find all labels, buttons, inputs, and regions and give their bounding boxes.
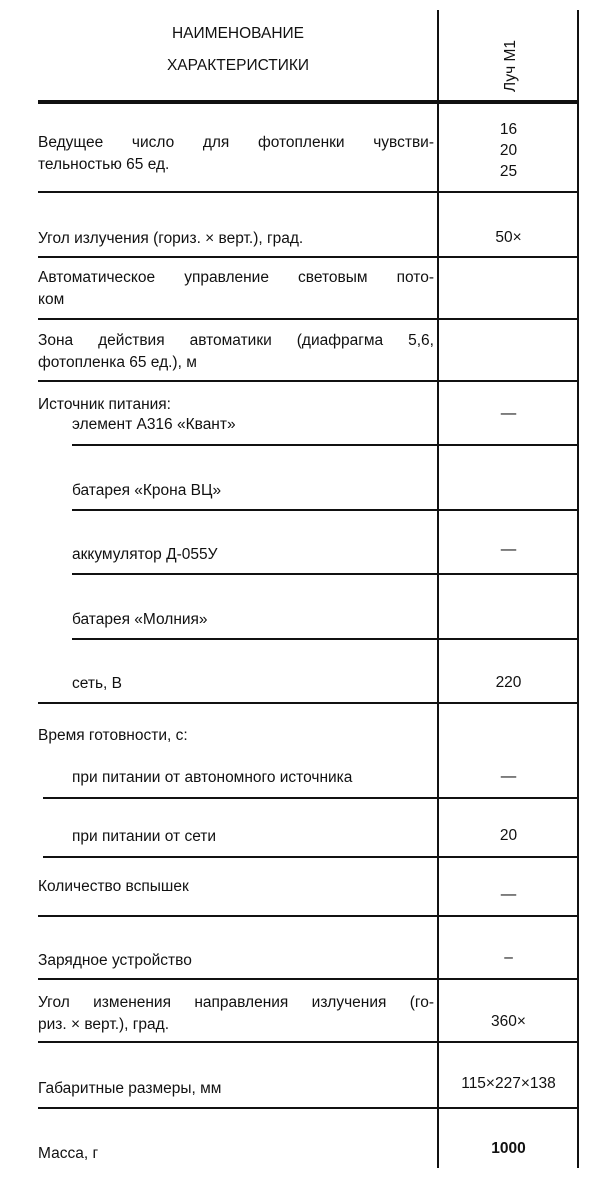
power-source-kvant-value: — [439, 404, 578, 424]
power-source-kvant-label: элемент А316 «Квант» [72, 414, 236, 435]
power-source-krona-label: батарея «Крона ВЦ» [72, 480, 221, 501]
ready-time-mains-label: при питании от сети [72, 826, 216, 847]
row-flash-count-label: Количество вспышек [38, 876, 189, 897]
row-separator [43, 856, 579, 858]
row-auto-control-label-2: ком [38, 289, 64, 310]
row-guide-number-value-2: 20 [439, 141, 578, 161]
column-divider [437, 10, 439, 1168]
table-right-border [577, 10, 579, 1168]
header-rule [38, 100, 579, 104]
row-mass-label: Масса, г [38, 1143, 98, 1164]
ready-time-battery-label: при питании от автономного источника [72, 767, 352, 788]
sub-row-separator [72, 573, 579, 575]
row-separator [38, 1107, 579, 1109]
header-title-line2: ХАРАКТЕРИСТИКИ [53, 50, 423, 82]
ready-time-battery-value: — [439, 767, 578, 787]
row-separator [38, 318, 579, 320]
row-separator [38, 1041, 579, 1043]
row-separator [38, 702, 579, 704]
power-source-molniya-label: батарея «Молния» [72, 609, 208, 630]
row-separator [38, 380, 579, 382]
row-beam-angle-value: 50× [439, 228, 578, 248]
row-mass-value: 1000 [439, 1139, 578, 1159]
power-source-mains-label: сеть, В [72, 673, 122, 694]
row-guide-number-label-2: тельностью 65 ед. [38, 154, 169, 175]
row-dimensions-label: Габаритные размеры, мм [38, 1078, 221, 1099]
row-charger-value: – [439, 948, 578, 968]
sub-row-separator [72, 509, 579, 511]
sub-row-separator [43, 797, 579, 799]
header-model-name: Луч М1 [502, 40, 520, 92]
row-auto-zone-label-1: Зона действия автоматики (диафрагма 5,6, [38, 330, 434, 351]
row-ready-time-label: Время готовности, с: [38, 725, 188, 746]
row-direction-angle-value: 360× [439, 1012, 578, 1032]
row-separator [38, 915, 579, 917]
spec-table-page: НАИМЕНОВАНИЕ ХАРАКТЕРИСТИКИ Луч М1 Ведущ… [0, 0, 614, 1200]
sub-row-separator [72, 444, 579, 446]
row-guide-number-value-3: 25 [439, 162, 578, 182]
row-separator [38, 191, 579, 193]
row-direction-angle-label-2: риз. × верт.), град. [38, 1014, 169, 1035]
row-direction-angle-label-1: Угол изменения направления излучения (го… [38, 992, 434, 1013]
row-power-source-label: Источник питания: [38, 394, 171, 415]
row-flash-count-value: — [439, 885, 578, 905]
row-guide-number-label-1: Ведущее число для фотопленки чувстви- [38, 132, 434, 153]
header-title-line1: НАИМЕНОВАНИЕ [53, 18, 423, 50]
row-beam-angle-label: Угол излучения (гориз. × верт.), град. [38, 228, 303, 249]
ready-time-mains-value: 20 [439, 826, 578, 846]
row-auto-zone-label-2: фотопленка 65 ед.), м [38, 352, 197, 373]
row-dimensions-value: 115×227×138 [439, 1074, 578, 1094]
row-separator [38, 978, 579, 980]
power-source-mains-value: 220 [439, 673, 578, 693]
power-source-accumulator-label: аккумулятор Д-055У [72, 544, 217, 565]
row-separator [38, 256, 579, 258]
row-guide-number-value-1: 16 [439, 120, 578, 140]
row-charger-label: Зарядное устройство [38, 950, 192, 971]
sub-row-separator [72, 638, 579, 640]
power-source-accumulator-value: — [439, 540, 578, 560]
row-auto-control-label-1: Автоматическое управление световым пото- [38, 267, 434, 288]
